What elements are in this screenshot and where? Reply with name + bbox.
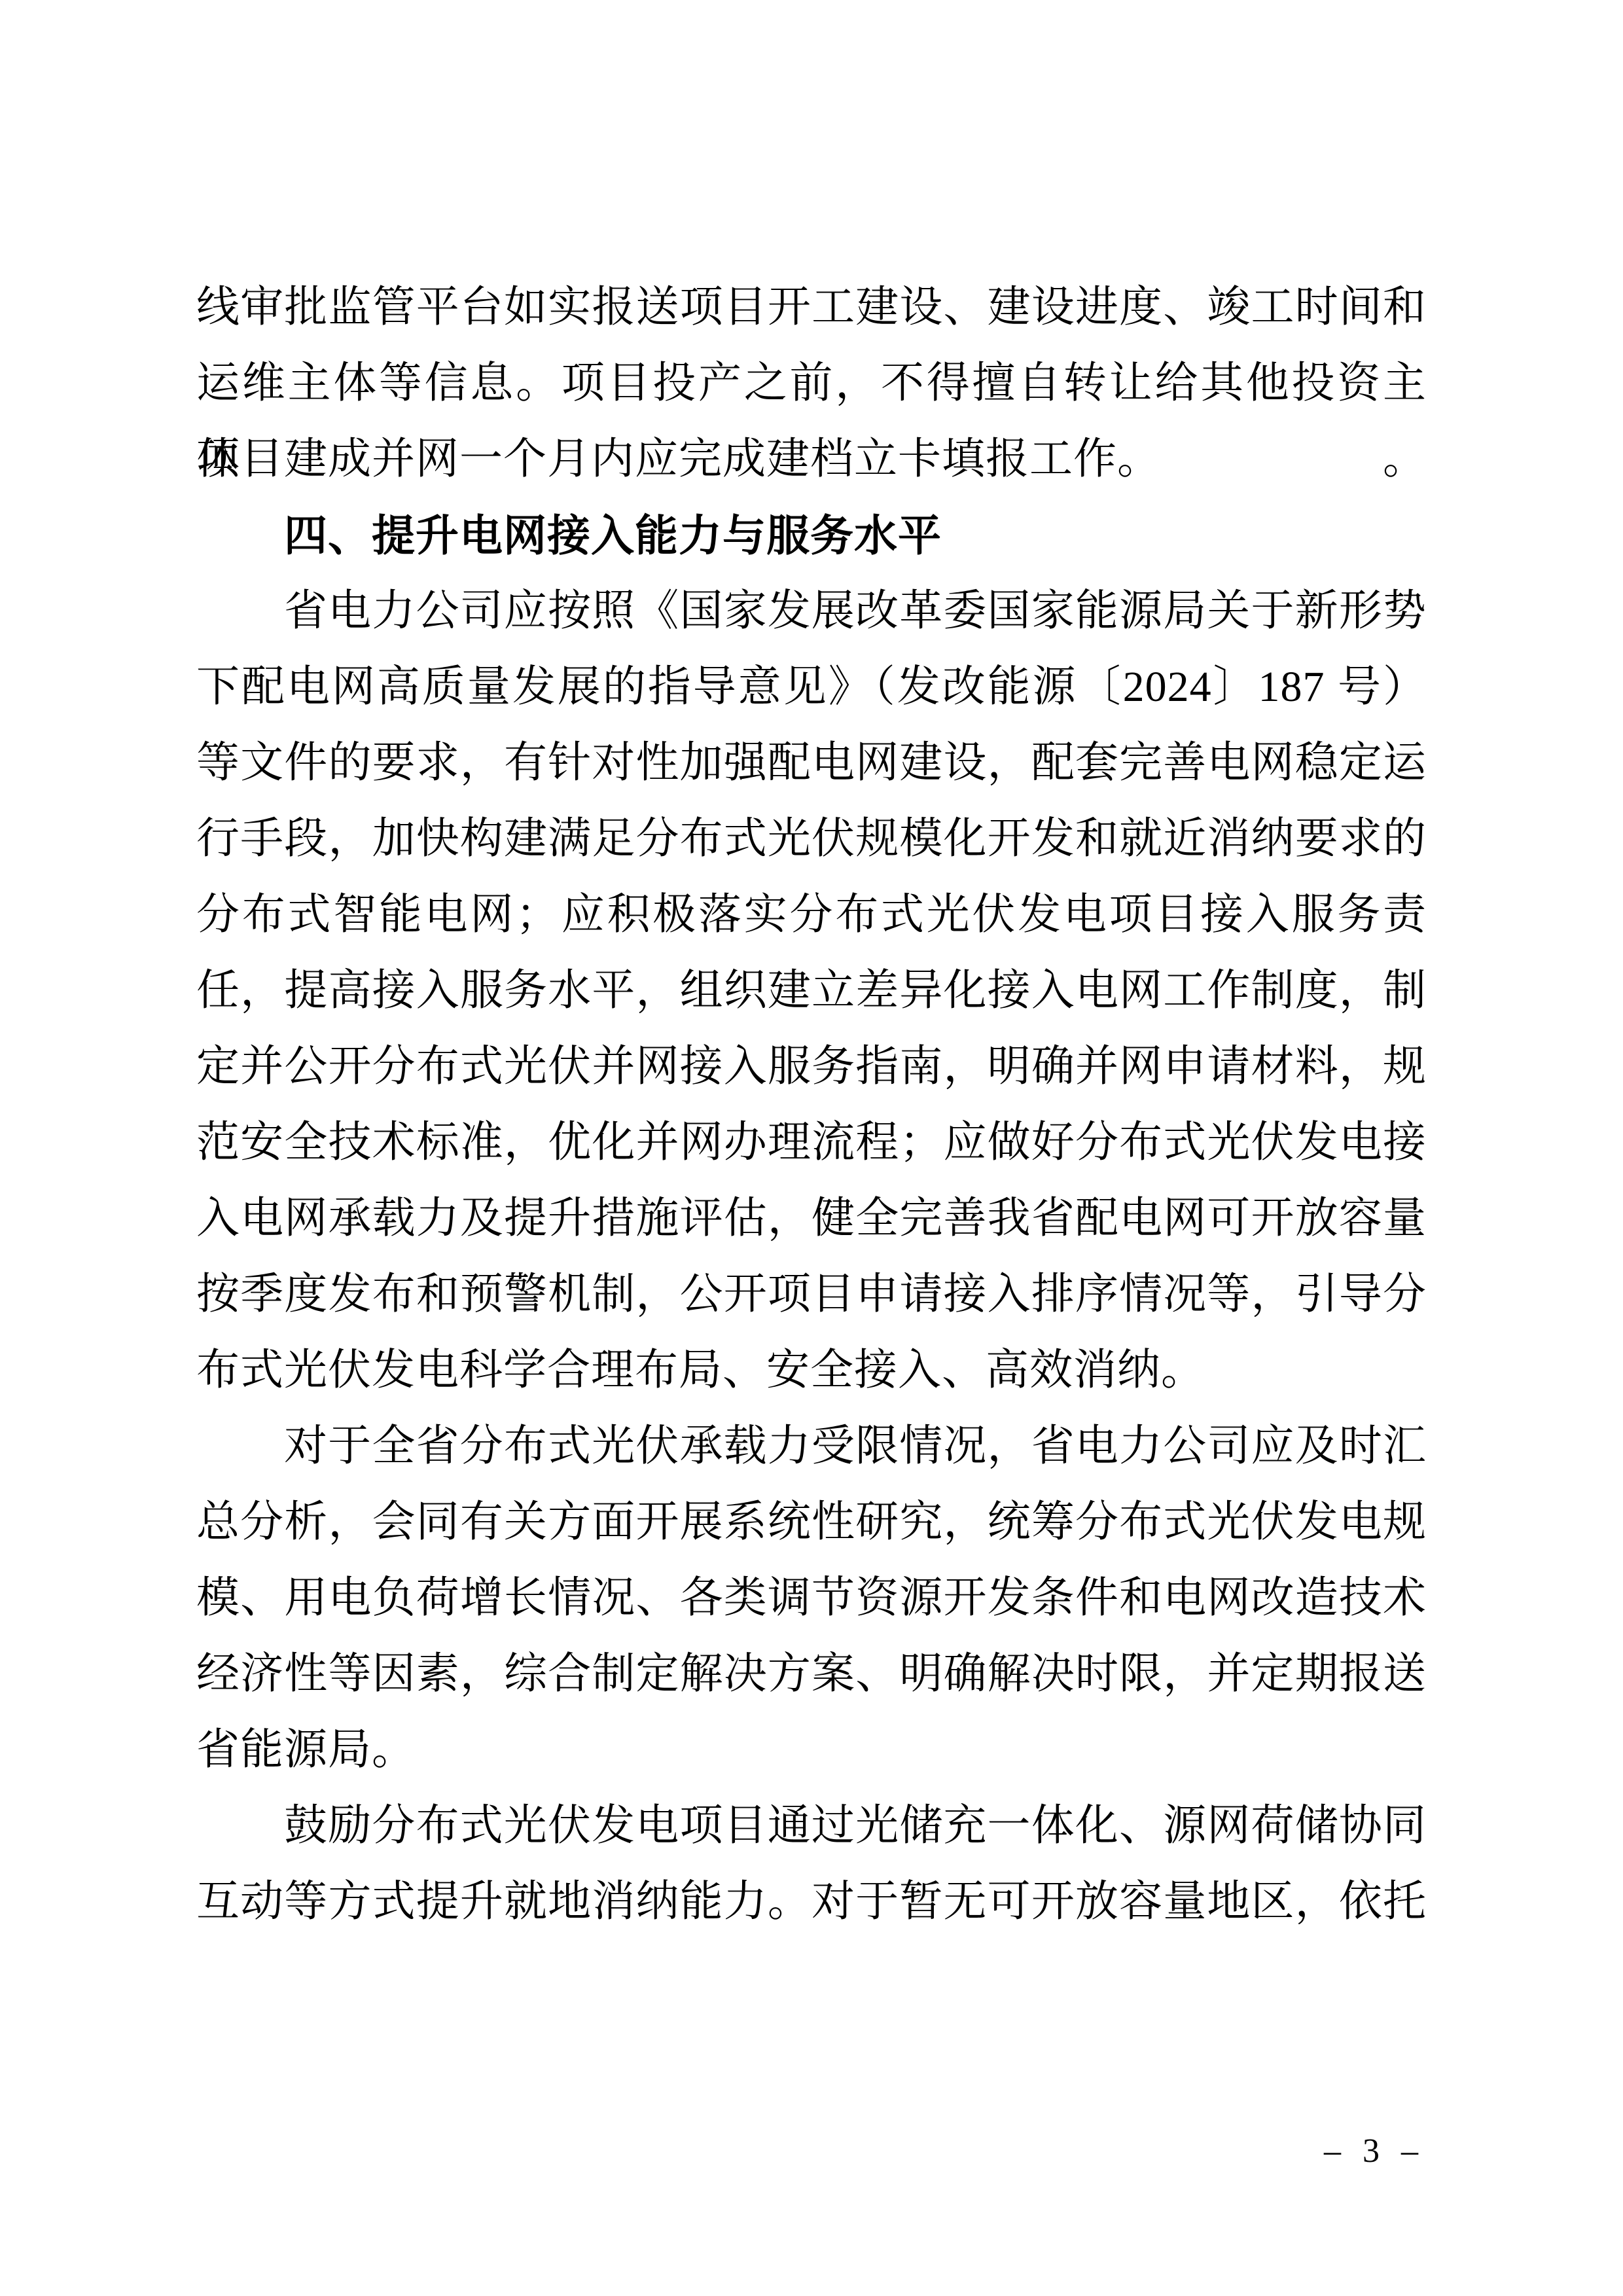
body-line: 布式光伏发电科学合理布局、安全接入、高效消纳。 <box>196 1333 1427 1408</box>
body-line: 对于全省分布式光伏承载力受限情况，省电力公司应及时汇 <box>196 1408 1427 1484</box>
section-heading: 四、提升电网接入能力与服务水平 <box>196 497 1427 573</box>
body-line: 等文件的要求，有针对性加强配电网建设，配套完善电网稳定运 <box>196 725 1427 801</box>
body-line: 模、用电负荷增长情况、各类调节资源开发条件和电网改造技术 <box>196 1560 1427 1636</box>
document-page: 线审批监管平台如实报送项目开工建设、建设进度、竣工时间和 运维主体等信息。项目投… <box>0 0 1623 2296</box>
page-number: – 3 – <box>1315 2128 1433 2174</box>
body-line: 按季度发布和预警机制，公开项目申请接入排序情况等，引导分 <box>196 1257 1427 1333</box>
body-line: 定并公开分布式光伏并网接入服务指南，明确并网申请材料，规 <box>196 1029 1427 1105</box>
body-line: 入电网承载力及提升措施评估，健全完善我省配电网可开放容量 <box>196 1181 1427 1257</box>
body-line: 任，提高接入服务水平，组织建立差异化接入电网工作制度，制 <box>196 953 1427 1029</box>
body-line: 经济性等因素，综合制定解决方案、明确解决时限，并定期报送 <box>196 1636 1427 1712</box>
body-line: 省电力公司应按照《国家发展改革委国家能源局关于新形势 <box>196 573 1427 649</box>
body-line: 运维主体等信息。项目投产之前，不得擅自转让给其他投资主体。 <box>196 346 1427 422</box>
document-body: 线审批监管平台如实报送项目开工建设、建设进度、竣工时间和 运维主体等信息。项目投… <box>196 270 1427 1940</box>
body-line: 行手段，加快构建满足分布式光伏规模化开发和就近消纳要求的 <box>196 801 1427 877</box>
body-line: 互动等方式提升就地消纳能力。对于暂无可开放容量地区，依托 <box>196 1864 1427 1940</box>
body-line: 省能源局。 <box>196 1712 1427 1788</box>
body-line: 范安全技术标准，优化并网办理流程；应做好分布式光伏发电接 <box>196 1105 1427 1181</box>
body-line: 总分析，会同有关方面开展系统性研究，统筹分布式光伏发电规 <box>196 1484 1427 1560</box>
body-line: 线审批监管平台如实报送项目开工建设、建设进度、竣工时间和 <box>196 270 1427 346</box>
body-line: 鼓励分布式光伏发电项目通过光储充一体化、源网荷储协同 <box>196 1788 1427 1864</box>
body-line: 下配电网高质量发展的指导意见》（发改能源〔2024〕187 号） <box>196 649 1427 725</box>
body-line: 分布式智能电网；应积极落实分布式光伏发电项目接入服务责 <box>196 877 1427 953</box>
